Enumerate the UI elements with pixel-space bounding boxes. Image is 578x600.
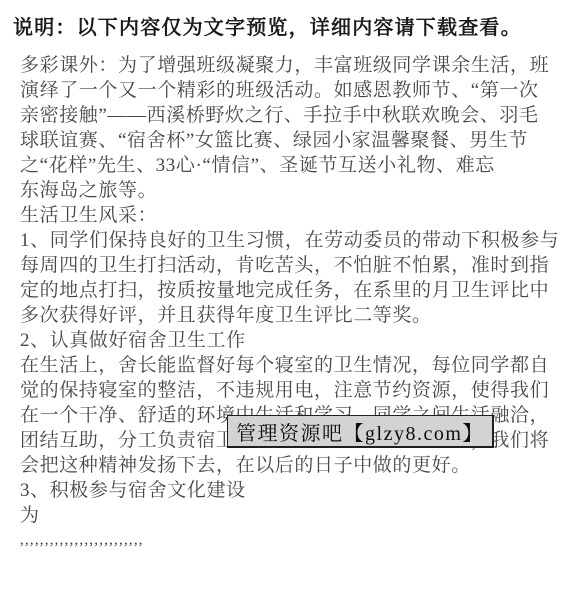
- text-line: 觉的保持寝室的整洁，不违规用电，注意节约资源，使得我们: [20, 378, 559, 403]
- text-line: 多次获得好评，并且获得年度卫生评比二等奖。: [20, 303, 559, 328]
- text-line: 球联谊赛、“宿舍杯”女篮比赛、绿园小家温馨聚餐、男生节: [20, 128, 559, 153]
- text-line: 多彩课外：为了增强班级凝聚力，丰富班级同学课余生活，班: [20, 53, 559, 78]
- document-preview-page: 说明：以下内容仅为文字预览，详细内容请下载查看。 多彩课外：为了增强班级凝聚力，…: [0, 0, 578, 600]
- text-line: 定的地点打扫，按质按量地完成任务，在系里的月卫生评比中: [20, 278, 559, 303]
- watermark-badge: 管理资源吧【glzy8.com】: [227, 415, 494, 448]
- preview-notice: 说明：以下内容仅为文字预览，详细内容请下载查看。: [13, 15, 522, 41]
- text-line: 演绎了一个又一个精彩的班级活动。如感恩教师节、“第一次: [20, 78, 559, 103]
- text-line: 会把这种精神发扬下去，在以后的日子中做的更好。: [20, 453, 559, 478]
- text-line: 在生活上，舍长能监督好每个寝室的卫生情况，每位同学都自: [20, 353, 559, 378]
- text-line: 1、同学们保持良好的卫生习惯，在劳动委员的带动下积极参与: [20, 228, 559, 253]
- text-line: 亲密接触”——西溪桥野炊之行、手拉手中秋联欢晚会、羽毛: [20, 103, 559, 128]
- text-line: 生活卫生风采：: [20, 203, 559, 228]
- text-line: 每周四的卫生打扫活动，肯吃苦头，不怕脏不怕累，准时到指: [20, 253, 559, 278]
- text-line: 为: [20, 503, 559, 528]
- document-body: 多彩课外：为了增强班级凝聚力，丰富班级同学课余生活，班 演绎了一个又一个精彩的班…: [20, 53, 559, 553]
- ellipsis-row: ,,,,,,,,,,,,,,,,,,,,,,,,,: [20, 528, 559, 553]
- text-line: 3、积极参与宿舍文化建设: [20, 478, 559, 503]
- text-line: 之“花样”先生、33心·“情信”、圣诞节互送小礼物、难忘: [20, 153, 559, 178]
- text-line: 东海岛之旅等。: [20, 178, 559, 203]
- text-line: 2、认真做好宿舍卫生工作: [20, 328, 559, 353]
